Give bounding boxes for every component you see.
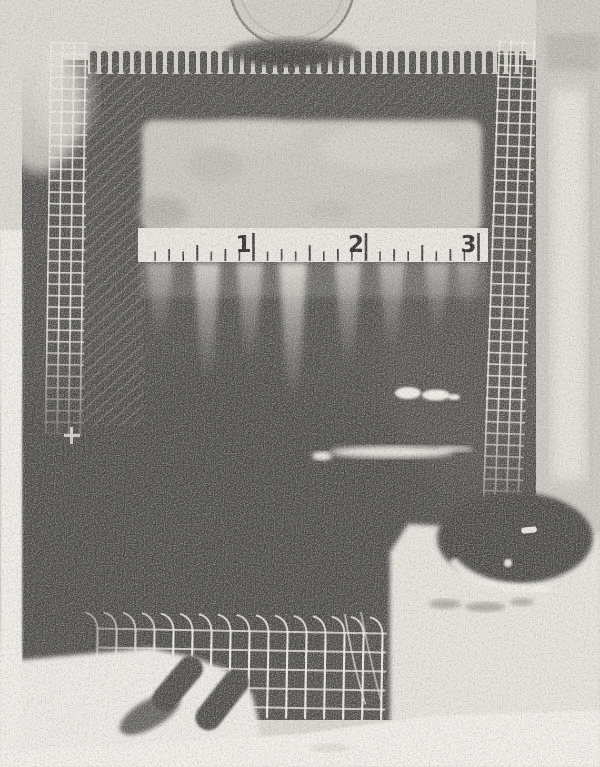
surface-dark-mottle-3 bbox=[308, 200, 352, 220]
bottom-band-smudge bbox=[310, 744, 350, 752]
curtain-highlight-fold bbox=[552, 90, 586, 480]
ruler-number-2: 2 bbox=[348, 232, 364, 258]
left-white-margin bbox=[0, 230, 22, 767]
bright-streak-blob bbox=[312, 452, 332, 461]
dish-shadow-core bbox=[248, 48, 328, 66]
surface-bright-patch bbox=[320, 126, 460, 170]
surface-bright-patch-2 bbox=[200, 119, 300, 151]
surface-dark-mottle bbox=[136, 196, 188, 228]
ruler-number-1: 1 bbox=[235, 232, 251, 258]
white-blob bbox=[448, 394, 460, 400]
diagonal-hatch-top bbox=[142, 74, 472, 118]
photo-canvas: 1 2 3 bbox=[0, 0, 600, 767]
photo-figure: 1 2 3 bbox=[0, 0, 600, 767]
ruler-number-3: 3 bbox=[460, 232, 476, 258]
table-smudge bbox=[510, 598, 534, 606]
bowl-spec bbox=[504, 559, 512, 567]
white-blob bbox=[395, 387, 421, 399]
surface-dark-mottle-2 bbox=[187, 147, 243, 183]
white-blob bbox=[422, 390, 450, 401]
table-smudge bbox=[429, 599, 461, 609]
bright-streak-tail bbox=[437, 446, 473, 452]
curtain-crease bbox=[589, 60, 592, 480]
ruler-face bbox=[138, 228, 488, 262]
illuminated-surface bbox=[136, 119, 482, 232]
ruler: 1 2 3 bbox=[138, 228, 488, 262]
bright-streak bbox=[330, 446, 454, 458]
table-smudge bbox=[465, 602, 505, 612]
curtain bbox=[536, 0, 600, 548]
